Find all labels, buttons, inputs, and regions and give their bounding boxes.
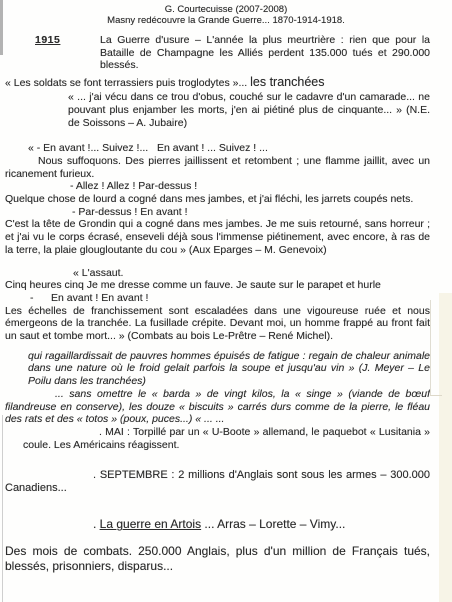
line-par-dessus: - Par-dessus ! En avant ! (72, 206, 430, 219)
year-heading: 1915 (35, 34, 60, 47)
paragraph-grondin: C'est la tête de Grondin qui a cogné dan… (5, 218, 430, 256)
header-title: Masny redécouvre la Grande Guerre... 187… (5, 15, 447, 26)
document-page: G. Courtecuisse (2007-2008) Masny redéco… (0, 0, 452, 602)
paragraph-quote-ragaillardissait: qui ragaillardissait de pauvres hommes é… (28, 350, 430, 388)
scan-artifact-right-vline (430, 300, 431, 395)
paragraph-suffoquons: Nous suffoquons. Des pierres jaillissent… (5, 155, 430, 180)
line-en-avant-2: - En avant ! En avant ! (30, 292, 430, 305)
paragraph-mai: . MAI : Torpillé par un « U-Boote » alle… (23, 426, 430, 451)
paragraph-septembre: . SEPTEMBRE : 2 millions d'Anglais sont … (5, 469, 430, 495)
paragraph-soldats: « Les soldats se font terrassiers puis t… (5, 75, 430, 91)
paragraph-echelles: Les échelles de franchissement sont esca… (5, 305, 430, 343)
soldats-emphasis-text: les tranchées (250, 75, 324, 89)
line-cinq-heures: Cinq heures cinq Je me dresse comme un f… (5, 279, 430, 292)
artois-underlined-title: La guerre en Artois (100, 517, 201, 531)
line-allez: - Allez ! Allez ! Par-dessus ! (70, 180, 430, 193)
scan-artifact-left-line (2, 415, 3, 602)
paragraph-combats: Des mois de combats. 250.000 Anglais, pl… (5, 544, 430, 574)
paragraph-quote-barda: ... sans omettre le « barda » de vingt k… (5, 388, 430, 426)
scan-artifact-left-top (0, 0, 3, 55)
page-header: G. Courtecuisse (2007-2008) Masny redéco… (5, 4, 447, 26)
line-assaut: « L'assaut. (73, 267, 430, 280)
artois-suffix: ... Arras – Lorette – Vimy... (201, 517, 345, 531)
header-credit: G. Courtecuisse (2007-2008) (5, 4, 447, 15)
paragraph-quote-trou-obus: « ... j'ai vécu dans ce trou d'obus, cou… (68, 91, 430, 129)
scan-artifact-right-strip (439, 293, 452, 602)
artois-prefix: . (93, 517, 100, 531)
scan-artifact-right-hline (430, 395, 442, 396)
paragraph-intro: La Guerre d'usure – L'année la plus meur… (100, 34, 430, 72)
line-artois: . La guerre en Artois ... Arras – Lorett… (93, 517, 430, 532)
line-en-avant-1: « - En avant !... Suivez !... En avant !… (28, 142, 430, 155)
paragraph-quelque-chose: Quelque chose de lourd a cogné dans mes … (5, 193, 430, 206)
soldats-quote-text: « Les soldats se font terrassiers puis t… (5, 77, 250, 89)
section-1915: 1915 La Guerre d'usure – L'année la plus… (5, 34, 430, 72)
